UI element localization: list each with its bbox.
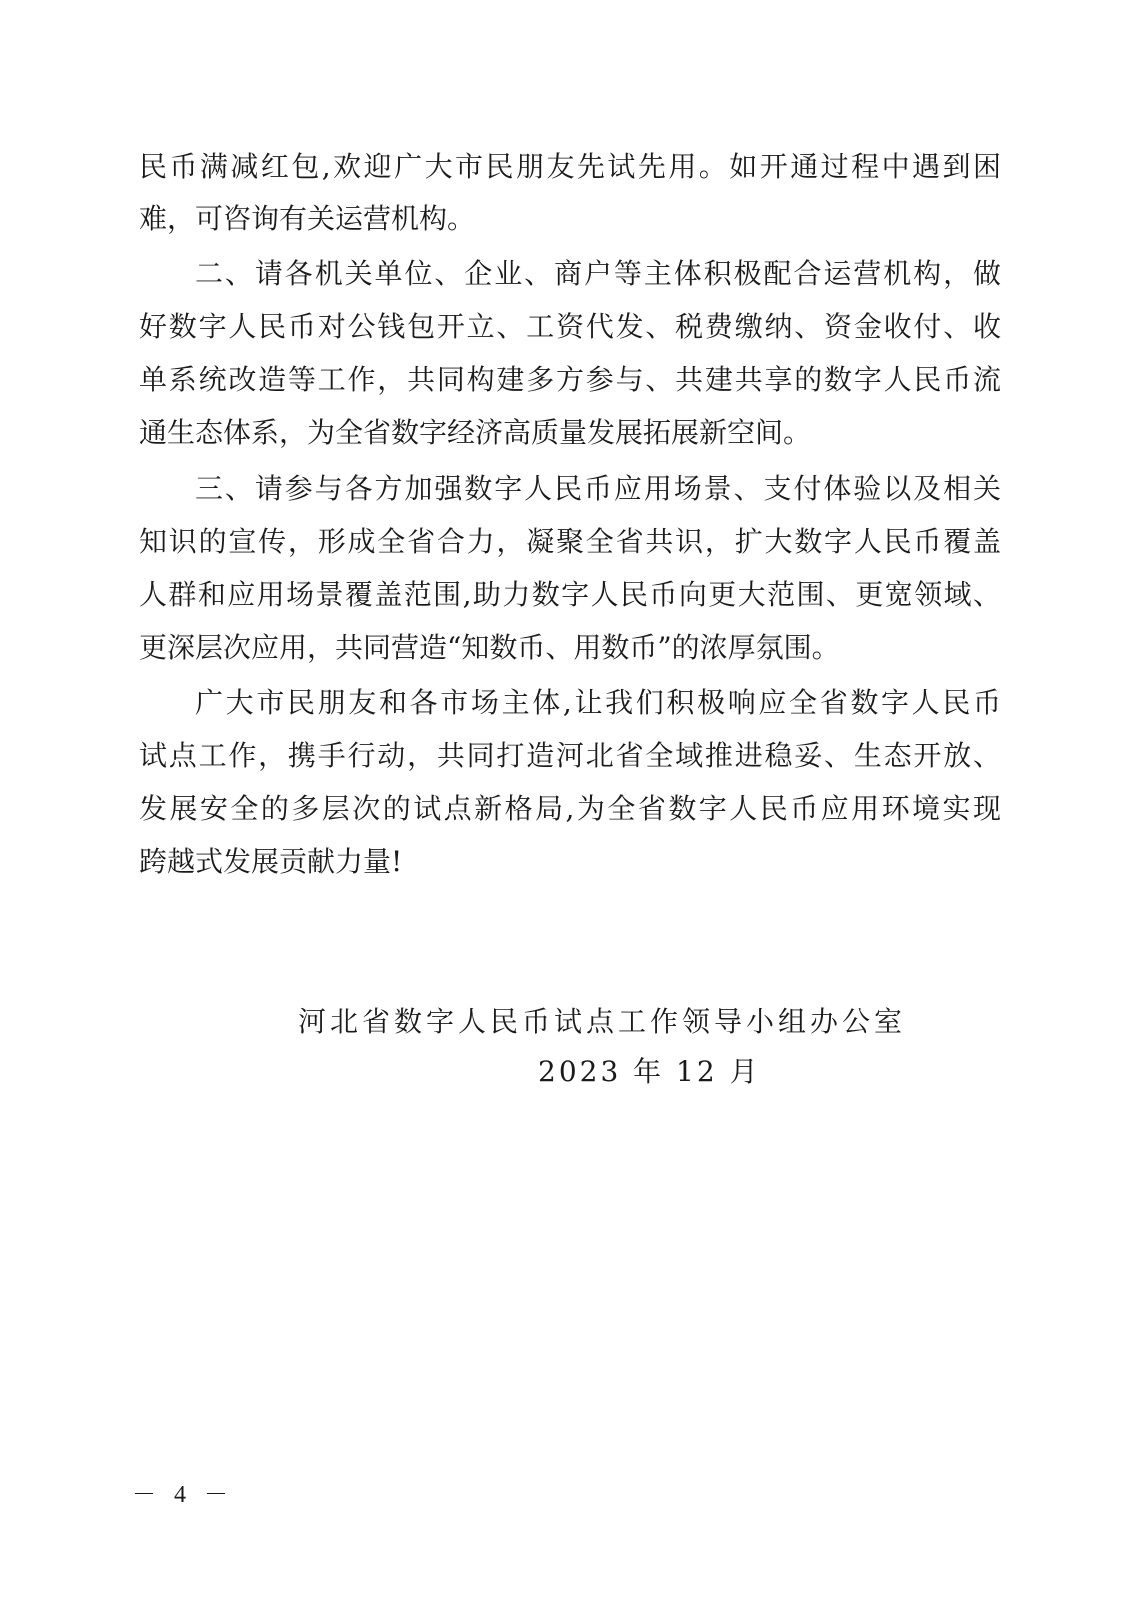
paragraph-line: 通生态体系，为全省数字经济高质量发展拓展新空间。	[139, 416, 1001, 450]
paragraph-line: 三、请参与各方加强数字人民币应用场景、支付体验以及相关	[195, 472, 1001, 506]
paragraph-line: 跨越式发展贡献力量!	[139, 845, 1001, 879]
paragraph-line: 好数字人民币对公钱包开立、工资代发、税费缴纳、资金收付、收	[139, 310, 1001, 344]
paragraph-line: 单系统改造等工作，共同构建多方参与、共建共享的数字人民币流	[139, 363, 1001, 397]
paragraph-line: 二、请各机关单位、企业、商户等主体积极配合运营机构，做	[195, 257, 1001, 291]
paragraph-line: 广大市民朋友和各市场主体,让我们积极响应全省数字人民币	[195, 686, 1001, 720]
paragraph-line: 更深层次应用，共同营造“知数币、用数币”的浓厚氛围。	[139, 631, 1001, 665]
page-number: － 4 －	[132, 1480, 234, 1510]
paragraph-line: 人群和应用场景覆盖范围,助力数字人民币向更大范围、更宽领域、	[139, 578, 1001, 612]
paragraph-line: 试点工作，携手行动，共同打造河北省全域推进稳妥、生态开放、	[139, 739, 1001, 773]
paragraph-line: 民币满减红包,欢迎广大市民朋友先试先用。如开通过程中遇到困	[139, 150, 1001, 184]
signature-date: 2023 年 12 月	[538, 1055, 761, 1089]
paragraph-line: 发展安全的多层次的试点新格局,为全省数字人民币应用环境实现	[139, 792, 1001, 826]
signature-organization: 河北省数字人民币试点工作领导小组办公室	[298, 1005, 906, 1039]
document-page: 民币满减红包,欢迎广大市民朋友先试先用。如开通过程中遇到困 难，可咨询有关运营机…	[0, 0, 1131, 1600]
paragraph-line: 难，可咨询有关运营机构。	[139, 202, 1001, 236]
paragraph-line: 知识的宣传，形成全省合力，凝聚全省共识，扩大数字人民币覆盖	[139, 525, 1001, 559]
